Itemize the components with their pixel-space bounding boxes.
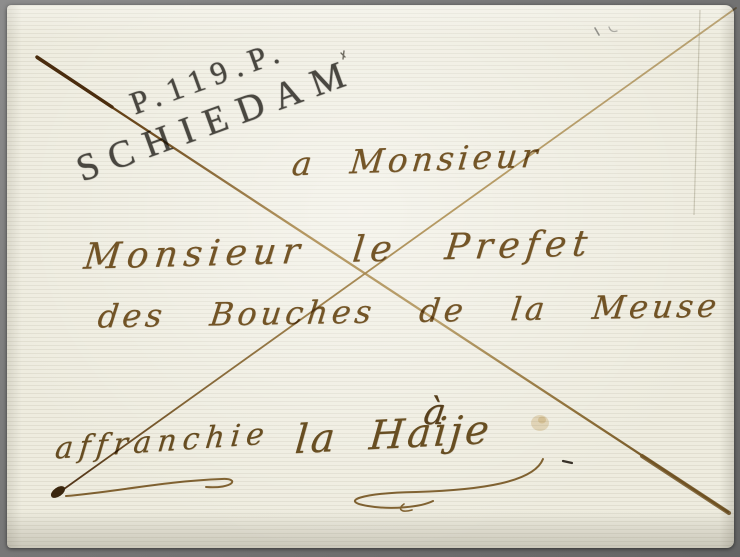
letter-cover-photo: P.119.P. SCHIEDAM a Monsieur Monsieur le… <box>0 0 740 557</box>
